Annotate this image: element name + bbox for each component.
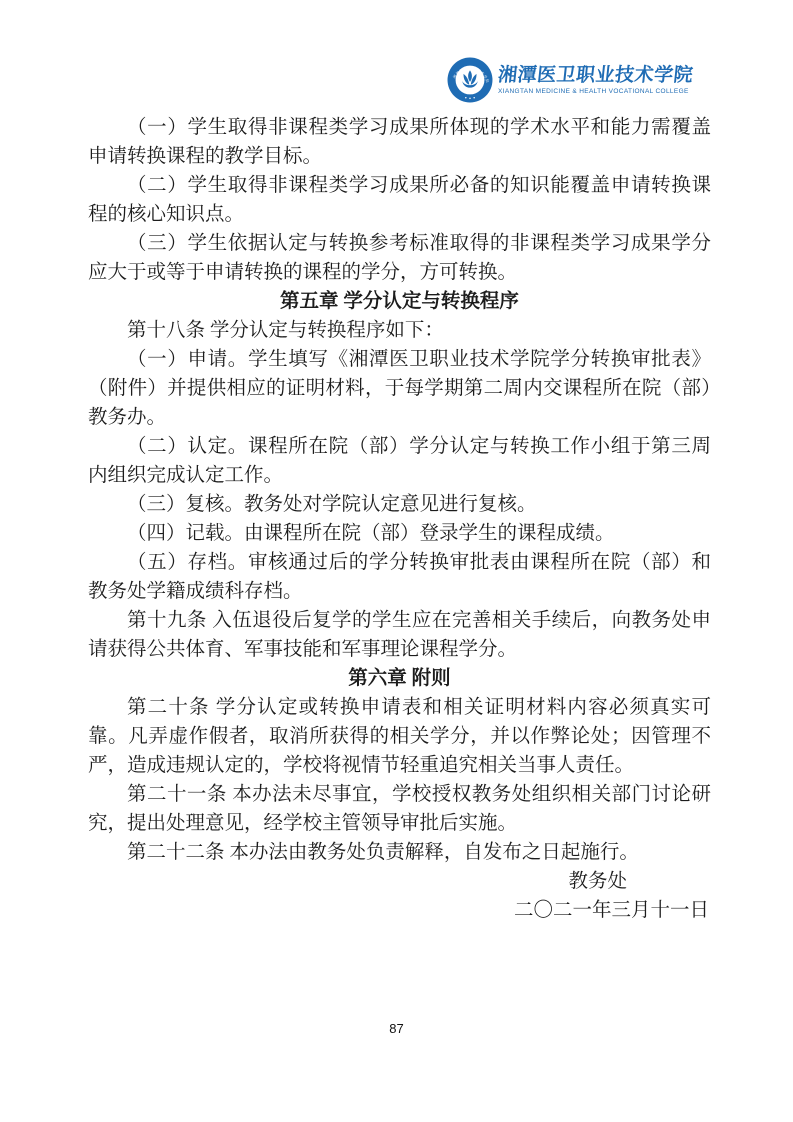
college-name-en: XIANGTAN MEDICINE & HEALTH VOCATIONAL CO… [498,87,689,96]
chapter-heading: 第六章 附则 [88,664,711,693]
college-name-zh: 湘潭医卫职业技术学院 [497,65,694,87]
college-emblem-icon: 湘潭医卫职业技术学院 [447,57,493,103]
paragraph: （一）学生取得非课程类学习成果所体现的学术水平和能力需覆盖申请转换课程的教学目标… [88,113,711,171]
paragraph: 第二十一条 本办法未尽事宜，学校授权教务处组织相关部门讨论研究，提出处理意见，经… [88,780,711,838]
paragraph: 第二十条 学分认定或转换申请表和相关证明材料内容必须真实可靠。凡弄虚作假者，取消… [88,693,711,780]
chapter-heading: 第五章 学分认定与转换程序 [88,287,711,316]
paragraph: （二）认定。课程所在院（部）学分认定与转换工作小组于第三周内组织完成认定工作。 [88,432,711,490]
paragraph: （二）学生取得非课程类学习成果所必备的知识能覆盖申请转换课程的核心知识点。 [88,171,711,229]
college-logo: 湘潭医卫职业技术学院 湘潭医卫职业技术学院 XIANGTAN MEDICINE … [447,57,693,103]
paragraph: 第十九条 入伍退役后复学的学生应在完善相关手续后，向教务处申请获得公共体育、军事… [88,606,711,664]
paragraph: （一）申请。学生填写《湘潭医卫职业技术学院学分转换审批表》（附件）并提供相应的证… [88,345,711,432]
paragraph: （三）复核。教务处对学院认定意见进行复核。 [88,490,711,519]
paragraph: （四）记载。由课程所在院（部）登录学生的课程成绩。 [88,519,711,548]
paragraph: （三）学生依据认定与转换参考标准取得的非课程类学习成果学分应大于或等于申请转换的… [88,229,711,287]
document-page: 湘潭医卫职业技术学院 湘潭医卫职业技术学院 XIANGTAN MEDICINE … [0,0,793,1122]
page-number: 87 [0,1021,793,1036]
paragraph: （五）存档。审核通过后的学分转换审批表由课程所在院（部）和教务处学籍成绩科存档。 [88,548,711,606]
college-name-block: 湘潭医卫职业技术学院 XIANGTAN MEDICINE & HEALTH VO… [498,65,693,96]
paragraph: 第十八条 学分认定与转换程序如下： [88,316,711,345]
signature-department: 教务处 [88,867,711,896]
signature-date: 二〇二一年三月十一日 [88,896,711,925]
paragraph: 第二十二条 本办法由教务处负责解释，自发布之日起施行。 [88,838,711,867]
document-body: （一）学生取得非课程类学习成果所体现的学术水平和能力需覆盖申请转换课程的教学目标… [88,113,711,925]
